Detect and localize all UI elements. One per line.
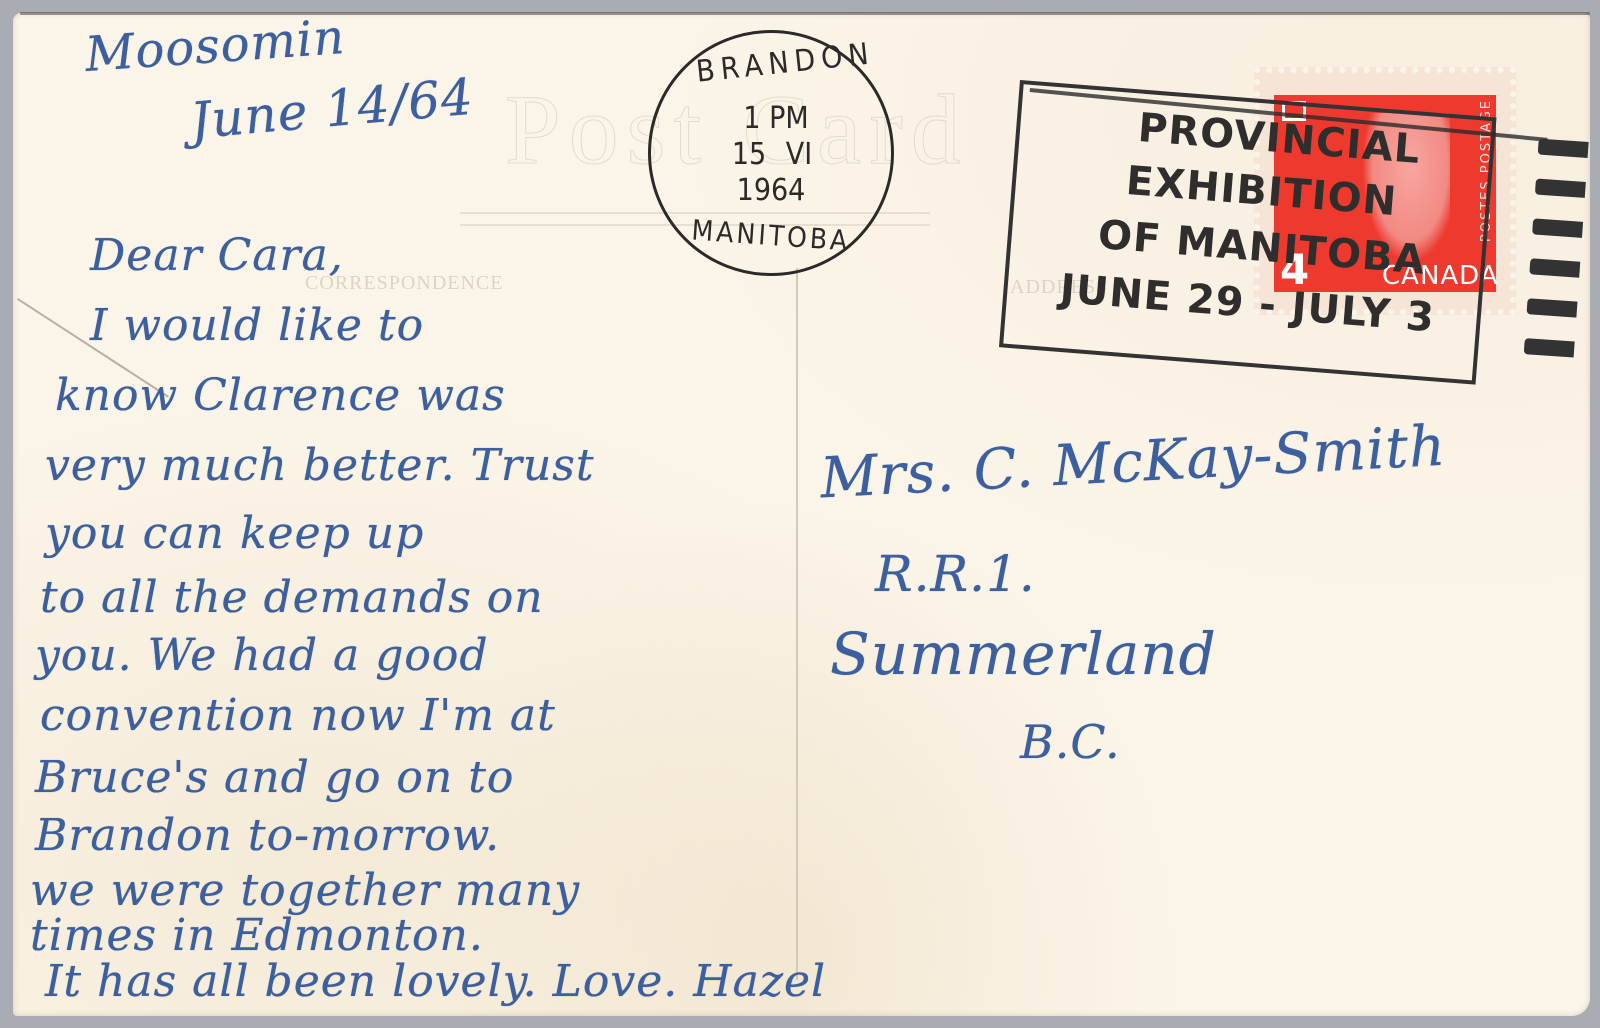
letter-signoff: It has all been lovely. Love. Hazel	[45, 956, 826, 1007]
letter-line: to all the demands on	[40, 572, 544, 623]
postmark-province: MANITOBA	[680, 213, 862, 258]
postmark-year: 1964	[721, 173, 821, 208]
letter-line: Brandon to-morrow.	[35, 810, 500, 861]
card-divider	[796, 268, 798, 980]
postmark-city: BRANDON	[695, 39, 848, 89]
letter-line: times in Edmonton.	[30, 910, 484, 961]
postmark-month: VI	[779, 137, 819, 172]
postmark-day: 15	[729, 137, 769, 172]
address-route: R.R.1.	[875, 545, 1036, 603]
letter-line: you. We had a good	[35, 630, 489, 681]
postmark-time: 1 PM	[721, 101, 831, 136]
letter-line: Bruce's and go on to	[35, 752, 514, 803]
letter-line: very much better. Trust	[45, 440, 595, 491]
brandon-postmark: BRANDON MANITOBA 1 PM 15 VI 1964	[648, 30, 894, 276]
letter-line: know Clarence was	[55, 370, 506, 421]
letter-line: Dear Cara,	[90, 230, 344, 281]
letter-line: you can keep up	[45, 508, 424, 559]
address-province: B.C.	[1020, 715, 1121, 769]
address-town: Summerland	[830, 620, 1217, 688]
letter-line: I would like to	[90, 300, 424, 351]
letter-line: we were together many	[30, 865, 580, 916]
letter-line: convention now I'm at	[40, 690, 556, 741]
